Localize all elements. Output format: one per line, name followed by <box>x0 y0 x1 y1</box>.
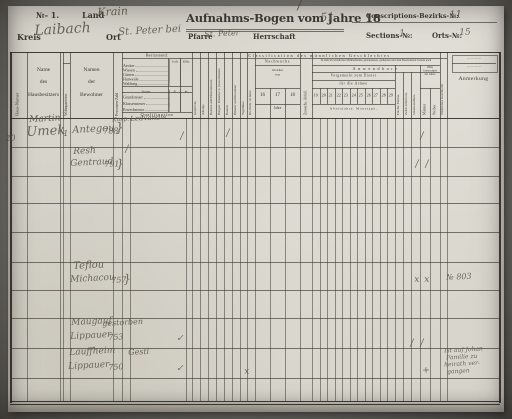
handwriting-entry: № 803 <box>446 272 472 282</box>
grid-line <box>70 52 71 118</box>
handwriting-entry: ∕ <box>125 144 129 155</box>
grid-line <box>320 118 321 401</box>
handwriting-entry: 753 <box>108 332 124 342</box>
handwriting-entry: ∕ <box>425 159 429 170</box>
handwriting-entry: Gestl <box>128 347 149 357</box>
handwriting-entry: Laibach <box>34 20 91 39</box>
besitzstand-table: JochKlftr.Aecker Wiesen Gärten Hutweide … <box>123 59 192 86</box>
army-age-cell: 20 <box>320 93 328 98</box>
row-line <box>10 232 500 233</box>
grid-line <box>255 88 300 89</box>
table-border <box>499 52 501 403</box>
steuer-table: Steuerfl.kr.Grundsteuer Klassensteuer Er… <box>123 87 192 112</box>
handwriting-entry: ✓ <box>176 364 184 374</box>
handwriting-entry: } <box>123 272 131 286</box>
handwriting-entry: Resh <box>73 146 96 157</box>
handwriting-entry: 51 <box>320 10 335 24</box>
anmerkung-inset-text: — — — — <box>453 57 495 60</box>
grid-line <box>365 118 366 401</box>
handwriting-entry: Lippauer <box>70 330 112 342</box>
occupation-column-label: Bis Ende 14 Jahre <box>249 59 252 115</box>
grid-line <box>403 118 404 401</box>
grid-line <box>312 118 313 401</box>
handwriting-entry: x <box>414 275 420 285</box>
grid-line <box>430 118 431 401</box>
handwriting-entry: + <box>422 366 430 376</box>
handwriting-entry: Krain <box>97 4 128 19</box>
classification-heading: Classification des männlichen Geschlecht… <box>192 53 447 58</box>
nachwuchs-subheading: im Alter von <box>255 68 300 77</box>
grid-line <box>232 118 233 401</box>
grid-line <box>285 118 286 401</box>
form-number: №- 1. <box>36 11 59 20</box>
grid-line <box>380 118 381 401</box>
zuwachs-column-label: Zuwachs. Abfall. <box>304 57 308 115</box>
handwriting-entry: ∕ <box>297 0 303 13</box>
nachwuchs-unit: Jahre <box>255 106 300 110</box>
grid-line <box>130 118 131 401</box>
grid-line <box>335 118 336 401</box>
occupation-column-label: Geistliche <box>194 59 197 115</box>
grid-line <box>255 65 300 66</box>
army-age-cell: 21 <box>327 93 335 98</box>
wohnparteien-column-label: Wohnparteien <box>64 54 68 116</box>
grid-line <box>352 22 497 23</box>
nachwuchs-age-cell: 18 <box>285 92 300 98</box>
handwriting-entry: ∕ <box>420 131 424 142</box>
steuer-table-row: Erwerbsteuer <box>123 106 192 112</box>
row-line <box>10 203 500 204</box>
nachwuchs-heading: Nachwuchs <box>255 59 300 64</box>
handwriting-entry: Umek <box>26 123 66 140</box>
personen-column-label: Personen-Zahl <box>115 54 119 116</box>
owner-column-header: Name des Hausbesitzers <box>28 64 59 101</box>
besitzstand-table-row: Waldung <box>123 82 192 87</box>
row-line <box>10 176 500 177</box>
army-age-cell: 25 <box>357 93 365 98</box>
grid-line <box>27 118 28 401</box>
row-line <box>10 290 500 291</box>
handwriting-entry: Teflou <box>73 259 104 272</box>
fuer-armee-heading: für die Armee <box>312 81 395 86</box>
army-unit-label: Altersjahre. Monatage. <box>312 107 395 111</box>
sections-label: Sections-№: <box>366 32 412 40</box>
grid-line <box>452 63 496 64</box>
handwriting-entry: gangen <box>447 367 470 375</box>
grid-line <box>60 118 61 401</box>
besitzstand-title: Besitzstand: <box>122 53 192 58</box>
table-border <box>10 404 500 405</box>
occupation-column-label: Bürgerl. Künstler u. Gewerbsleute <box>218 59 221 115</box>
nachwuchs-age-cell: 16 <box>255 92 270 98</box>
orts-label: Orts-№: <box>432 32 462 40</box>
grid-line <box>200 118 201 401</box>
grid-line <box>27 52 28 118</box>
occupation-column-label: Bauern <box>226 59 229 115</box>
grid-line <box>411 118 412 401</box>
vorgemerkt-heading: Vorgemerkt zum Dienst <box>312 73 395 78</box>
grid-line <box>300 52 301 118</box>
grid-line <box>447 52 448 118</box>
grid-line <box>270 118 271 401</box>
handwriting-entry: ∕ <box>226 128 230 139</box>
grid-line <box>387 118 388 401</box>
handwriting-entry: Lippauer <box>68 360 110 372</box>
grid-line <box>216 118 217 401</box>
grid-line <box>327 118 328 401</box>
anmerkung-column-header: Anmerkung <box>448 76 499 82</box>
army-side-column-label: Zeitlich Befreite <box>405 71 408 115</box>
grid-line <box>255 104 300 105</box>
army-age-cell: 29 <box>387 93 395 98</box>
grid-line <box>395 118 396 401</box>
grid-line <box>186 118 187 401</box>
grid-line <box>372 118 373 401</box>
occupation-column-label: Häusler und Inwohner <box>234 59 237 115</box>
handwriting-entry: Kasp. <box>112 115 129 123</box>
inhabitants-column-header: Namen der Bewohner <box>71 64 112 101</box>
handwriting-entry: ∕ <box>410 338 414 349</box>
occupation-column-label: Beamte und Honoratioren <box>210 59 213 115</box>
handwriting-entry: 11 <box>449 9 462 21</box>
grid-line <box>224 118 225 401</box>
occupation-column-label: Taglöhner <box>242 59 245 115</box>
grid-line <box>312 88 395 89</box>
grid-line <box>300 118 301 401</box>
nachwuchs-age-cell: 17 <box>270 92 285 98</box>
sum-column-label: Männer <box>423 87 427 115</box>
grid-line <box>350 118 351 401</box>
grid-line <box>60 52 61 118</box>
handwriting-entry: ∕ <box>415 159 419 170</box>
grid-line <box>63 118 64 401</box>
handwriting-entry: 750 <box>108 362 124 372</box>
handwriting-entry: x <box>244 367 250 377</box>
grid-line <box>430 88 431 118</box>
handwriting-entry: 20 <box>5 133 16 143</box>
handwriting-entry: St. Peter <box>204 28 240 39</box>
grid-line <box>342 118 343 401</box>
conscription-label: Conscriptions-Bezirks-№: <box>366 13 459 20</box>
row-line <box>10 378 500 379</box>
grid-line <box>357 118 358 401</box>
handwriting-entry: 1 <box>399 29 405 39</box>
handwriting-entry: ∕ <box>420 338 424 349</box>
army-age-cell: 19 <box>312 93 320 98</box>
sum-header: Ohne Unterschied des Alters <box>420 66 440 77</box>
herrschaft-label: Herrschaft <box>253 33 296 41</box>
handwriting-entry: } <box>116 157 124 171</box>
army-heading-line1: In dem im wirklichen Militärdienste gest… <box>312 59 440 62</box>
grid-line <box>247 118 248 401</box>
female-column-label: Weibliches Geschlecht <box>441 57 444 115</box>
handwriting-entry: ∕ <box>180 131 184 142</box>
army-age-cell: 23 <box>342 93 350 98</box>
occupation-column-label: Adelige <box>202 59 205 115</box>
handwriting-entry: 1 <box>63 129 69 138</box>
handwriting-entry: x <box>424 275 430 285</box>
handwriting-entry: 15 <box>459 27 471 38</box>
grid-line <box>312 104 395 105</box>
table-border <box>10 118 500 119</box>
grid-line <box>208 118 209 401</box>
handwriting-entry: ✓ <box>176 334 184 344</box>
grid-line <box>420 118 421 401</box>
table-border <box>10 52 12 403</box>
grid-line <box>192 118 193 401</box>
army-side-column-label: Für die Marine <box>397 71 400 115</box>
handwriting-entry: } <box>115 121 124 136</box>
grid-line <box>240 118 241 401</box>
grid-line <box>255 118 256 401</box>
army-age-cell: 27 <box>372 93 380 98</box>
haus-numer-column-label: Haus-Numer <box>15 54 20 116</box>
army-side-column-label: Unanwendbare <box>413 71 416 115</box>
anmerkung-inset-text: — — — — <box>453 65 495 68</box>
sum-column-label: Weiber <box>433 87 437 115</box>
grid-line <box>440 118 441 401</box>
table-border <box>10 401 500 402</box>
census-form-scan: №- 1. Land Aufnahms-Bogen vom Jahre 18 C… <box>0 0 512 419</box>
